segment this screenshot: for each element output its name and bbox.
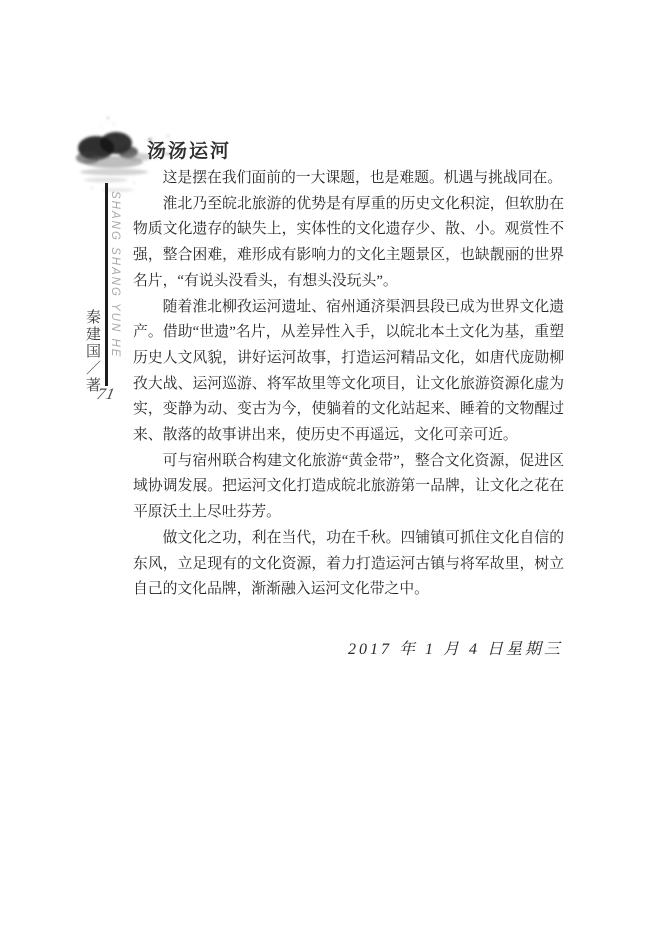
series-title-romanized: SHANG SHANG YUN HE bbox=[109, 191, 121, 341]
body-text: 这是摆在我们面前的一大课题，也是难题。机遇与挑战同在。淮北乃至皖北旅游的优势是有… bbox=[133, 166, 564, 603]
sidebar-vertical-rule bbox=[105, 183, 108, 386]
book-page: 汤汤运河 SHANG SHANG YUN HE 秦建国／著 71 这是摆在我们面… bbox=[0, 0, 665, 929]
paragraph: 可与宿州联合构建文化旅游“黄金带”，整合文化资源，促进区域协调发展。把运河文化打… bbox=[133, 449, 564, 526]
paragraph: 这是摆在我们面前的一大课题，也是难题。机遇与挑战同在。 bbox=[133, 166, 564, 192]
paragraph: 淮北乃至皖北旅游的优势是有厚重的历史文化积淀，但软肋在物质文化遗存的缺失上，实体… bbox=[133, 192, 564, 295]
chapter-title: 汤汤运河 bbox=[147, 136, 231, 163]
paragraph: 随着淮北柳孜运河遗址、宿州通济渠泗县段已成为世界文化遗产。借助“世遗”名片，从差… bbox=[133, 295, 564, 449]
paragraph: 做文化之功，利在当代，功在千秋。四铺镇可抓住文化自信的东风，立足现有的文化资源，… bbox=[133, 526, 564, 603]
date-line: 2017 年 1 月 4 日星期三 bbox=[348, 636, 563, 659]
page-number: 71 bbox=[95, 386, 117, 404]
